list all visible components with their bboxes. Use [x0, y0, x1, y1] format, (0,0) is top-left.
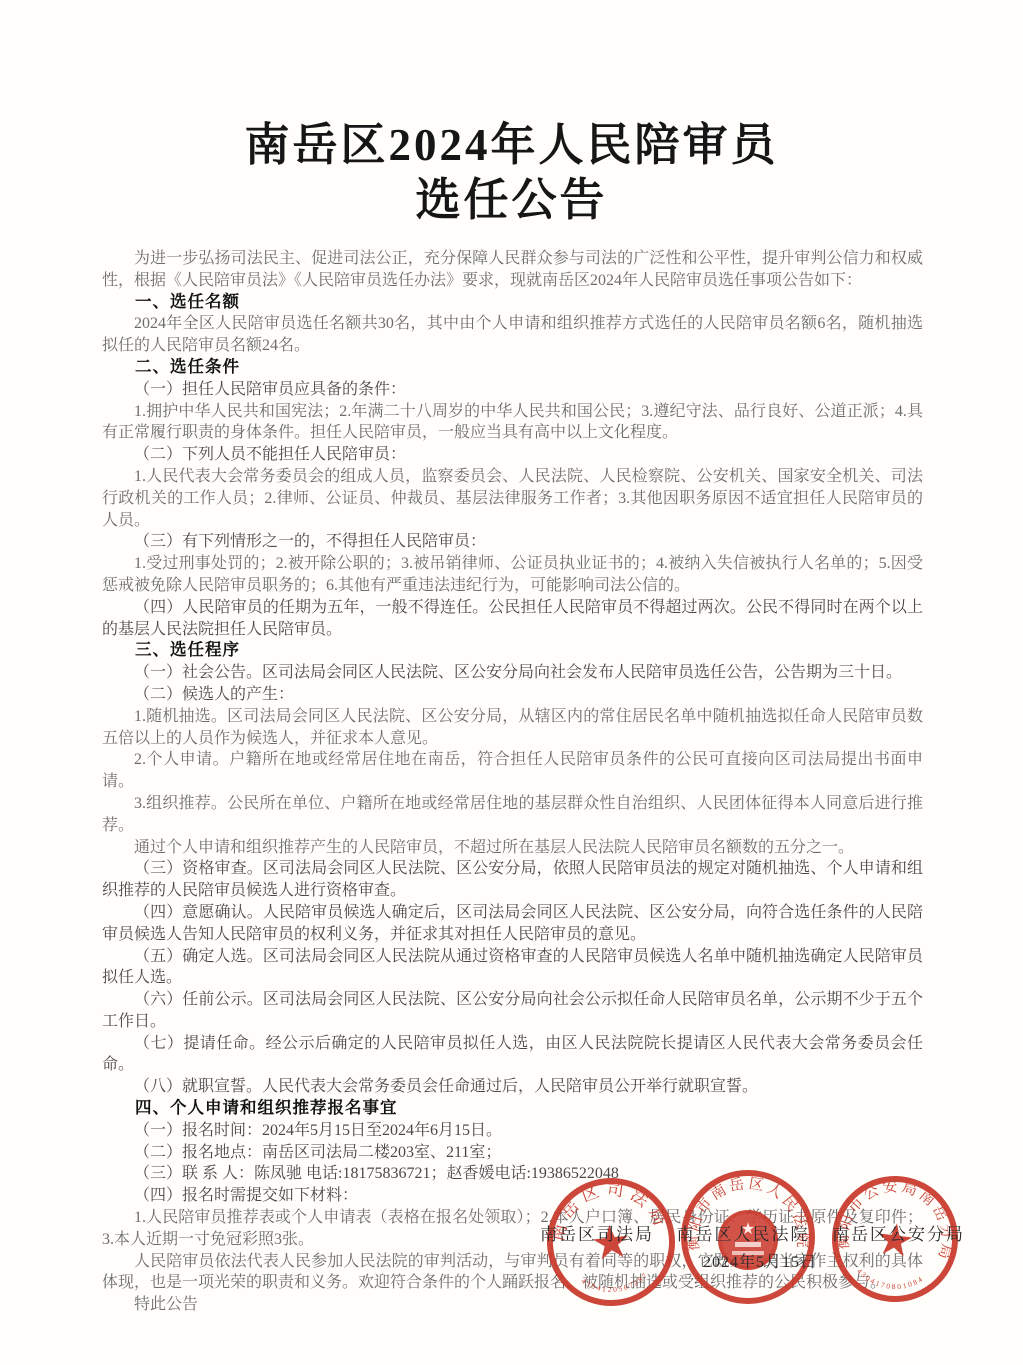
paragraph: （一）担任人民陪审员应具备的条件： [102, 379, 923, 401]
section-heading: 三、选任程序 [102, 640, 923, 662]
page-title-line1: 南岳区2024年人民陪审员 [244, 120, 778, 170]
page-title-line2: 选任公告 [415, 175, 607, 225]
paragraph: （二）下列人员不能担任人民陪审员： [102, 444, 923, 466]
paragraph: （四）意愿确认。人民陪审员候选人确定后，区司法局会同区人民法院、区公安分局，向符… [102, 902, 923, 946]
paragraph: （五）确定人选。区司法局会同区人民法院从通过资格审查的人民陪审员候选人名单中随机… [102, 946, 923, 990]
document-body: 为进一步弘扬司法民主、促进司法公正，充分保障人民群众参与司法的广泛性和公平性，提… [102, 248, 923, 1316]
paragraph: （一）社会公告。区司法局会同区人民法院、区公安分局向社会发布人民陪审员选任公告，… [102, 662, 923, 684]
signature-org-public-security: 南岳区公安分局 [832, 1220, 965, 1245]
section-heading: 二、选任条件 [102, 357, 923, 379]
paragraph: （三）有下列情形之一的，不得担任人民陪审员： [102, 531, 923, 553]
paragraph: 2.个人申请。户籍所在地或经常居住地在南岳，符合担任人民陪审员条件的公民可直接向… [102, 749, 923, 793]
paragraph: （二）报名地点：南岳区司法局二楼203室、211室； [102, 1142, 923, 1164]
signature-row: 南岳区司法局 南岳区人民法院 南岳区公安分局 [540, 1220, 965, 1245]
signature-block: 南岳区司法局 南岳区人民法院 南岳区公安分局 2024年5月15日 [540, 1220, 965, 1272]
paragraph: 通过个人申请和组织推荐产生的人民陪审员，不超过所在基层人民法院人民陪审员名额数的… [102, 837, 923, 859]
paragraph: （七）提请任命。经公示后确定的人民陪审员拟任人选，由区人民法院院长提请区人民代表… [102, 1033, 923, 1077]
paragraph: （二）候选人的产生： [102, 684, 923, 706]
paragraph: 3.组织推荐。公民所在单位、户籍所在地或经常居住地的基层群众性自治组织、人民团体… [102, 793, 923, 837]
paragraph: （四）人民陪审员的任期为五年，一般不得连任。公民担任人民陪审员不得超过两次。公民… [102, 597, 923, 641]
paragraph: （三）资格审查。区司法局会同区人民法院、区公安分局，依照人民陪审员法的规定对随机… [102, 858, 923, 902]
paragraph: （一）报名时间：2024年5月15日至2024年6月15日。 [102, 1120, 923, 1142]
paragraph: 2024年全区人民陪审员选任名额共30名，其中由个人申请和组织推荐方式选任的人民… [102, 313, 923, 357]
section-heading: 四、个人申请和组织推荐报名事宜 [102, 1098, 923, 1120]
paragraph: 为进一步弘扬司法民主、促进司法公正，充分保障人民群众参与司法的广泛性和公平性，提… [102, 248, 923, 292]
paragraph: 1.人民代表大会常务委员会的组成人员，监察委员会、人民法院、人民检察院、公安机关… [102, 466, 923, 531]
signature-org-peoples-court: 南岳区人民法院 [677, 1220, 810, 1245]
paragraph: （八）就职宣誓。人民代表大会常务委员会任命通过后，人民陪审员公开举行就职宣誓。 [102, 1076, 923, 1098]
paragraph: 1.随机抽选。区司法局会同区人民法院、区公安分局，从辖区内的常住居民名单中随机抽… [102, 706, 923, 750]
section-heading: 一、选任名额 [102, 292, 923, 314]
document-page: 南岳区2024年人民陪审员选任公告 为进一步弘扬司法民主、促进司法公正，充分保障… [0, 0, 1023, 1365]
signature-date: 2024年5月15日 [685, 1249, 835, 1272]
paragraph: （六）任前公示。区司法局会同区人民法院、区公安分局向社会公示拟任命人民陪审员名单… [102, 989, 923, 1033]
paragraph: 1.拥护中华人民共和国宪法；2.年满二十八周岁的中华人民共和国公民；3.遵纪守法… [102, 401, 923, 445]
paragraph: 1.受过刑事处罚的；2.被开除公职的；3.被吊销律师、公证员执业证书的；4.被纳… [102, 553, 923, 597]
page-title: 南岳区2024年人民陪审员选任公告 [0, 118, 1023, 228]
signature-org-justice-bureau: 南岳区司法局 [540, 1220, 654, 1245]
